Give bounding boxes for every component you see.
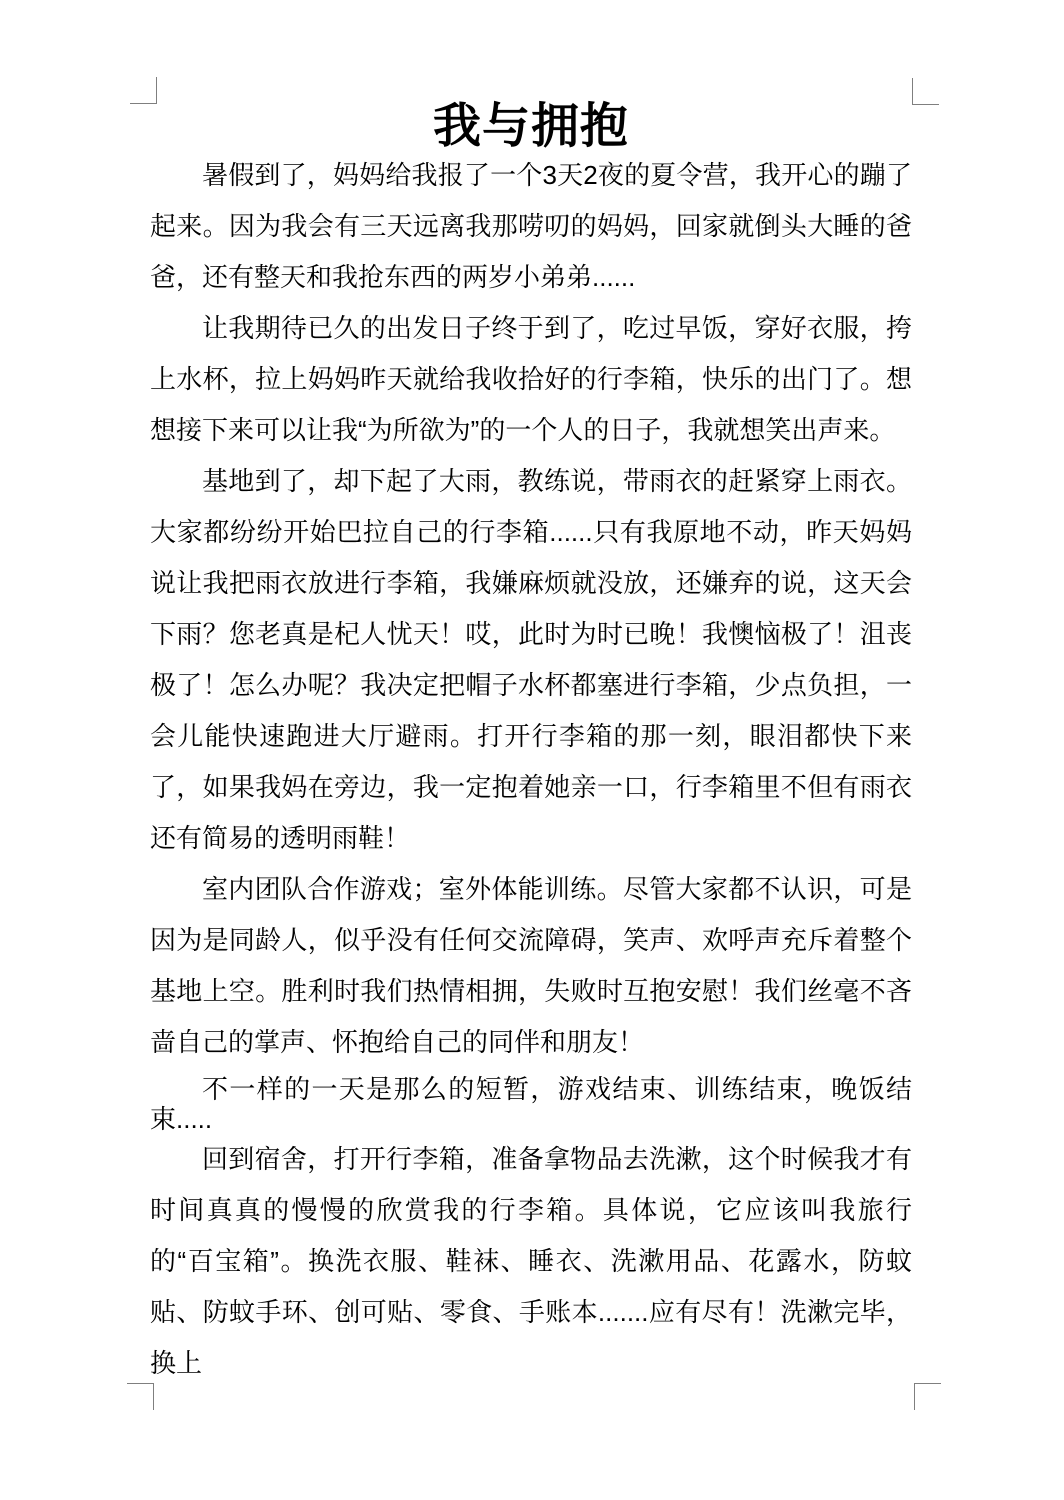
- document-page: 我与拥抱 暑假到了，妈妈给我报了一个3天2夜的夏令营，我开心的蹦了起来。因为我会…: [0, 0, 1064, 1500]
- paragraph: 暑假到了，妈妈给我报了一个3天2夜的夏令营，我开心的蹦了起来。因为我会有三天远离…: [150, 150, 912, 303]
- paragraph: 不一样的一天是那么的短暂，游戏结束、训练结束，晚饭结束.....: [150, 1074, 912, 1134]
- paragraph: 室内团队合作游戏；室外体能训练。尽管大家都不认识，可是因为是同龄人，似乎没有任何…: [150, 864, 912, 1068]
- paragraph: 让我期待已久的出发日子终于到了，吃过早饭，穿好衣服，挎上水杯，拉上妈妈昨天就给我…: [150, 303, 912, 456]
- crop-mark-bottom-right: [914, 1383, 941, 1410]
- crop-mark-top-right: [912, 78, 939, 105]
- paragraph: 基地到了，却下起了大雨，教练说，带雨衣的赶紧穿上雨衣。大家都纷纷开始巴拉自己的行…: [150, 456, 912, 864]
- document-body: 暑假到了，妈妈给我报了一个3天2夜的夏令营，我开心的蹦了起来。因为我会有三天远离…: [150, 150, 912, 1389]
- document-title: 我与拥抱: [150, 96, 912, 158]
- paragraph: 回到宿舍，打开行李箱，准备拿物品去洗漱，这个时候我才有时间真真的慢慢的欣赏我的行…: [150, 1134, 912, 1389]
